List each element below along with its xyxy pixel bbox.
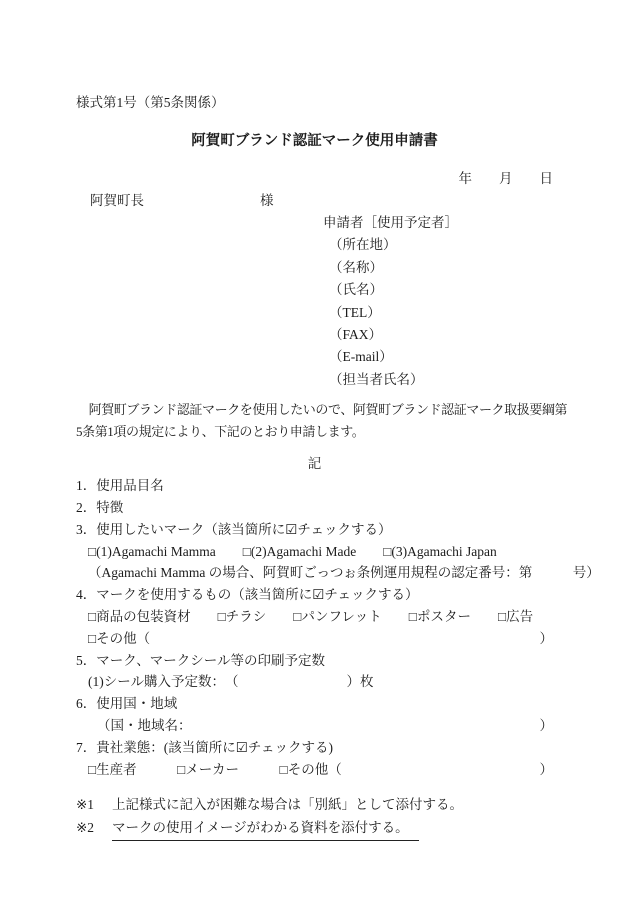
field-tel: （TEL） — [329, 302, 553, 324]
footnote-1-text: 上記様式に記入が困難な場合は「別紙」として添付する。 — [112, 794, 463, 817]
item-5-print-quantity: 5．マーク、マークシール等の印刷予定数 — [76, 650, 553, 672]
item-6-usage-region: 6．使用国・地域 — [76, 693, 553, 715]
addressee-line: 阿賀町長様 — [90, 190, 553, 212]
usage-other-label: □その他（ — [88, 628, 150, 650]
region-name-field: （国・地域名： ） — [76, 715, 553, 737]
form-number: 様式第1号（第5条関係） — [76, 92, 553, 114]
ki-marker: 記 — [76, 453, 553, 475]
footnote-2-text: マークの使用イメージがわかる資料を添付する。 — [112, 817, 419, 842]
usage-other-option: □その他（ ） — [76, 628, 553, 650]
usage-other-close-paren: ） — [540, 628, 554, 650]
item-4-mark-usage: 4．マークを使用するもの（該当箇所に☑チェックする） — [76, 584, 553, 606]
business-type-options-row: □生産者 □メーカー □その他（ ） — [76, 759, 553, 781]
business-type-close-paren: ） — [540, 759, 554, 781]
item-3-mark-selection: 3．使用したいマーク（該当箇所に☑チェックする） — [76, 519, 553, 541]
page-title: 阿賀町ブランド認証マーク使用申請書 — [76, 130, 553, 152]
region-name-label: （国・地域名： — [97, 715, 192, 737]
field-fax: （FAX） — [329, 324, 553, 346]
footnote-2: ※2 マークの使用イメージがわかる資料を添付する。 — [76, 817, 553, 842]
footnote-1-label: ※1 — [76, 794, 94, 817]
footnote-1: ※1 上記様式に記入が困難な場合は「別紙」として添付する。 — [76, 794, 553, 817]
footnote-2-label: ※2 — [76, 817, 94, 842]
field-email: （E-mail） — [329, 346, 553, 368]
applicant-fields: （所在地） （名称） （氏名） （TEL） （FAX） （E-mail） （担当… — [329, 234, 553, 391]
field-org-name: （名称） — [329, 257, 553, 279]
field-address: （所在地） — [329, 234, 553, 256]
item-7-business-type: 7．貴社業態：(該当箇所に☑チェックする) — [76, 737, 553, 759]
footnotes: ※1 上記様式に記入が困難な場合は「別紙」として添付する。 ※2 マークの使用イ… — [76, 794, 553, 841]
applicant-block: 申請者［使用予定者］ （所在地） （名称） （氏名） （TEL） （FAX） （… — [323, 212, 553, 391]
mamma-certification-number-note: （Agamachi Mamma の場合、阿賀町ごっつぉ条例運用規程の認定番号：第… — [76, 562, 553, 584]
applicant-heading: 申請者［使用予定者］ — [323, 212, 553, 234]
addressee-honorific: 様 — [260, 193, 274, 208]
field-person-name: （氏名） — [329, 279, 553, 301]
body-paragraph: 阿賀町ブランド認証マークを使用したいので、阿賀町ブランド認証マーク取扱要綱第 5… — [76, 399, 553, 443]
item-2-features: 2．特徴 — [76, 497, 553, 519]
item-1-product-name: 1．使用品目名 — [76, 475, 553, 497]
business-type-options: □生産者 □メーカー □その他（ — [88, 759, 342, 781]
seal-purchase-quantity: (1)シール購入予定数： （ ）枚 — [76, 671, 553, 693]
mark-options-row: □(1)Agamachi Mamma □(2)Agamachi Made □(3… — [76, 541, 553, 563]
form-items: 1．使用品目名 2．特徴 3．使用したいマーク（該当箇所に☑チェックする） □(… — [76, 475, 553, 780]
body-line-2: 5条第1項の規定により、下記のとおり申請します。 — [76, 421, 553, 443]
field-contact-person: （担当者氏名） — [329, 369, 553, 391]
body-line-1: 阿賀町ブランド認証マークを使用したいので、阿賀町ブランド認証マーク取扱要綱第 — [76, 399, 553, 421]
addressee: 阿賀町長 — [90, 193, 144, 208]
usage-options-row: □商品の包装資材 □チラシ □パンフレット □ポスター □広告 — [76, 606, 553, 628]
date-line: 年 月 日 — [76, 168, 553, 190]
application-form-page: 様式第1号（第5条関係） 阿賀町ブランド認証マーク使用申請書 年 月 日 阿賀町… — [0, 0, 630, 903]
region-name-close-paren: ） — [540, 715, 554, 737]
